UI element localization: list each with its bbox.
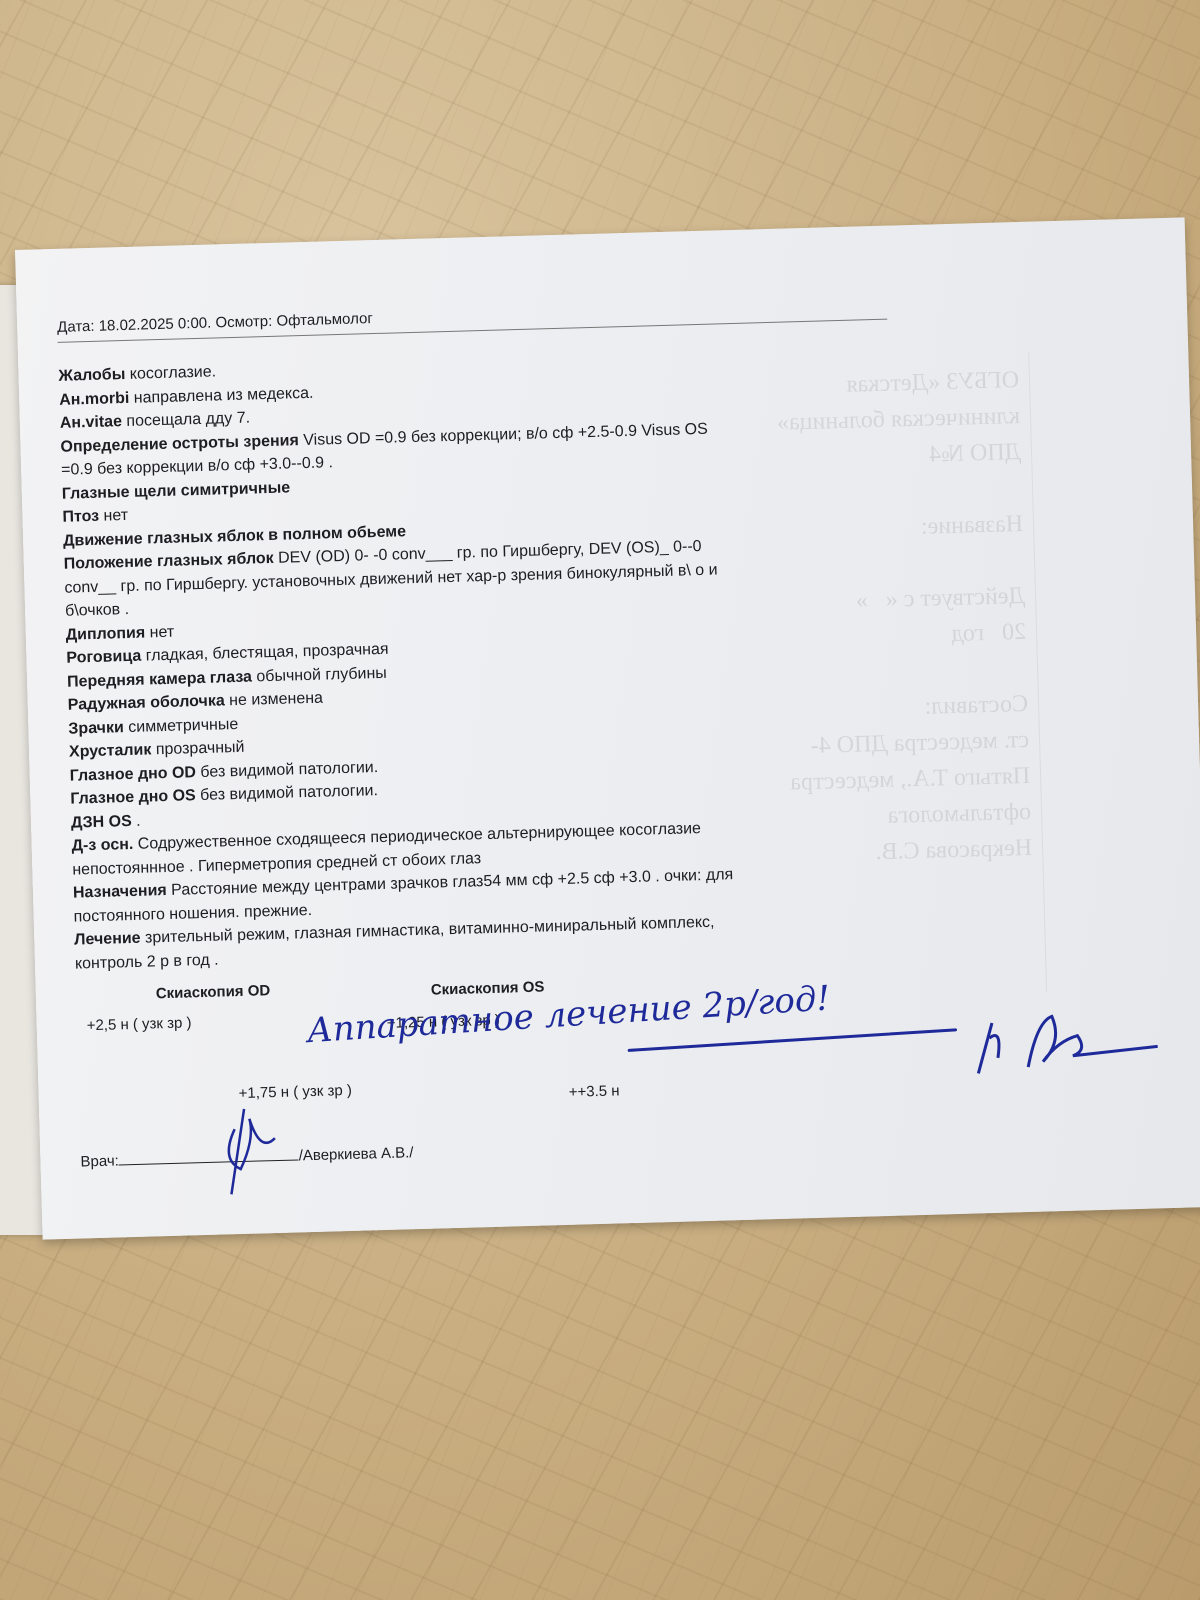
record-body: Жалобы косоглазие.Ан.morbi направлена из… bbox=[58, 335, 1135, 975]
doctor-signature-scribble bbox=[199, 1098, 282, 1200]
record-field-label: Глазное дно OS bbox=[70, 787, 196, 807]
record-field-value: =0.9 без коррекции в/о сф +3.0--0.9 . bbox=[61, 454, 333, 479]
skiascopy-od-title: Скиаскопия OD bbox=[156, 982, 271, 1002]
record-field-value: контроль 2 р в год . bbox=[75, 951, 219, 972]
skiascopy-od-value-1: +2,5 н ( узк зр ) bbox=[86, 1014, 191, 1034]
record-field-label: Хрусталик bbox=[69, 741, 152, 760]
record-field-value: гладкая, блестящая, прозрачная bbox=[141, 641, 389, 665]
record-field-label: Птоз bbox=[62, 508, 99, 526]
exam-date: 18.02.2025 0:00. bbox=[98, 315, 211, 335]
record-field-value: обычной глубины bbox=[252, 664, 387, 685]
record-field-value: без видимой патологии. bbox=[196, 759, 379, 781]
record-field-value: постоянного ношения. прежние. bbox=[73, 901, 312, 925]
record-field-label: Диплопия bbox=[66, 624, 146, 643]
record-field-label: Ан.vitae bbox=[60, 413, 123, 432]
medical-record-sheet: ОГБУЗ «Детская клиническая больница» ДПО… bbox=[15, 217, 1200, 1239]
record-field-label: ДЗН OS bbox=[71, 812, 132, 831]
record-field-label: Зрачки bbox=[68, 719, 124, 738]
exam-specialty: Офтальмолог bbox=[276, 310, 373, 330]
record-field-label: Радужная оболочка bbox=[67, 692, 224, 713]
record-field-value: . bbox=[131, 812, 140, 829]
record-field-value: посещала дду 7. bbox=[122, 410, 251, 431]
record-field-label: Ан.morbi bbox=[59, 389, 130, 408]
record-field-label: Лечение bbox=[74, 930, 141, 949]
record-field-label: Роговица bbox=[66, 648, 141, 667]
record-field-label: Назначения bbox=[73, 882, 167, 902]
record-header: Дата: 18.02.2025 0:00. Осмотр: Офтальмол… bbox=[57, 296, 887, 343]
skiascopy-os-title: Скиаскопия OS bbox=[431, 979, 545, 999]
record-field-value: нет bbox=[145, 623, 174, 641]
date-label: Дата: bbox=[57, 318, 95, 336]
record-field-value: нет bbox=[99, 507, 128, 525]
doctor-label: Врач: bbox=[80, 1152, 119, 1170]
record-field-value: прозрачный bbox=[151, 739, 245, 759]
record-field-label: Положение глазных яблок bbox=[64, 550, 274, 573]
record-field-value: направлена из медекса. bbox=[129, 384, 314, 406]
skiascopy-os-value-2: ++3.5 н bbox=[568, 1082, 619, 1100]
record-field-label: Передняя камера глаза bbox=[67, 668, 252, 690]
handwritten-signature-right bbox=[966, 998, 1168, 1084]
record-field-value: симметричные bbox=[124, 715, 239, 735]
record-field-label: Д-з осн. bbox=[71, 836, 133, 855]
record-field-value: не изменена bbox=[224, 690, 323, 710]
record-field-label: Определение остроты зрения bbox=[60, 432, 299, 456]
record-field-value: без видимой патологии. bbox=[195, 782, 378, 804]
record-field-value: косоглазие. bbox=[125, 363, 216, 383]
record-field-label: Глазное дно OD bbox=[69, 764, 196, 785]
doctor-name: /Аверкиева А.В./ bbox=[299, 1144, 414, 1164]
record-field-label: Жалобы bbox=[58, 366, 125, 385]
record-field-value: б\очков . bbox=[65, 601, 129, 620]
exam-label: Осмотр: bbox=[215, 313, 272, 332]
record-field-label: Глазные щели симитричные bbox=[62, 479, 291, 502]
